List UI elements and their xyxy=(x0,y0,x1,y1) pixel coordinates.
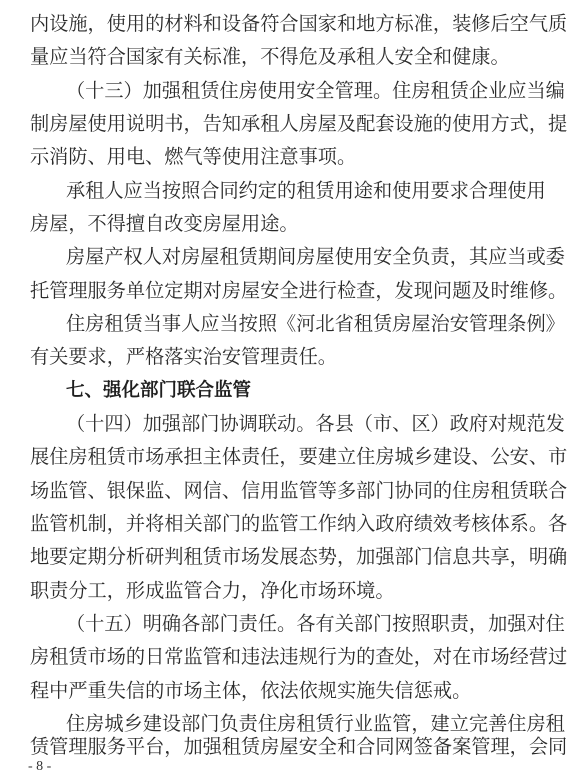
text-line: 有关要求，严格落实治安管理责任。 xyxy=(30,345,542,369)
document-page: 内设施，使用的材料和设备符合国家和地方标准，装修后空气质 量应当符合国家有关标准… xyxy=(0,0,570,781)
text-line: 赁管理服务平台，加强租赁房屋安全和合同网签备案管理，会同 xyxy=(30,735,542,759)
text-line: （十四）加强部门协调联动。各县（市、区）政府对规范发 xyxy=(66,412,542,436)
text-line: 房屋，不得擅自改变房屋用途。 xyxy=(30,212,542,236)
text-line: 内设施，使用的材料和设备符合国家和地方标准，装修后空气质 xyxy=(30,12,542,36)
text-line: 监管机制，并将相关部门的监管工作纳入政府绩效考核体系。各 xyxy=(30,512,542,536)
text-line: 量应当符合国家有关标准，不得危及承租人安全和健康。 xyxy=(30,45,542,69)
text-line: 住房城乡建设部门负责住房租赁行业监管，建立完善住房租 xyxy=(66,712,542,736)
text-line: 场监管、银保监、网信、信用监管等多部门协同的住房租赁联合 xyxy=(30,479,542,503)
text-line: 制房屋使用说明书，告知承租人房屋及配套设施的使用方式，提 xyxy=(30,112,542,136)
page-number: - 8 - xyxy=(28,758,51,776)
text-line: 职责分工，形成监管合力，净化市场环境。 xyxy=(30,579,542,603)
section-heading: 七、强化部门联合监管 xyxy=(66,379,251,403)
text-line: 地要定期分析研判租赁市场发展态势，加强部门信息共享，明确 xyxy=(30,545,542,569)
text-line: 住房租赁当事人应当按照《河北省租赁房屋治安管理条例》 xyxy=(66,312,542,336)
text-line: 托管理服务单位定期对房屋安全进行检查，发现问题及时维修。 xyxy=(30,279,542,303)
text-line: （十三）加强租赁住房使用安全管理。住房租赁企业应当编 xyxy=(66,79,542,103)
text-line: 房租赁市场的日常监管和违法违规行为的查处，对在市场经营过 xyxy=(30,645,542,669)
text-line: 程中严重失信的市场主体，依法依规实施失信惩戒。 xyxy=(30,679,542,703)
text-line: （十五）明确各部门责任。各有关部门按照职责，加强对住 xyxy=(66,612,542,636)
text-line: 示消防、用电、燃气等使用注意事项。 xyxy=(30,145,542,169)
text-line: 房屋产权人对房屋租赁期间房屋使用安全负责，其应当或委 xyxy=(66,245,542,269)
text-line: 承租人应当按照合同约定的租赁用途和使用要求合理使用 xyxy=(66,179,542,203)
text-line: 展住房租赁市场承担主体责任，要建立住房城乡建设、公安、市 xyxy=(30,445,542,469)
